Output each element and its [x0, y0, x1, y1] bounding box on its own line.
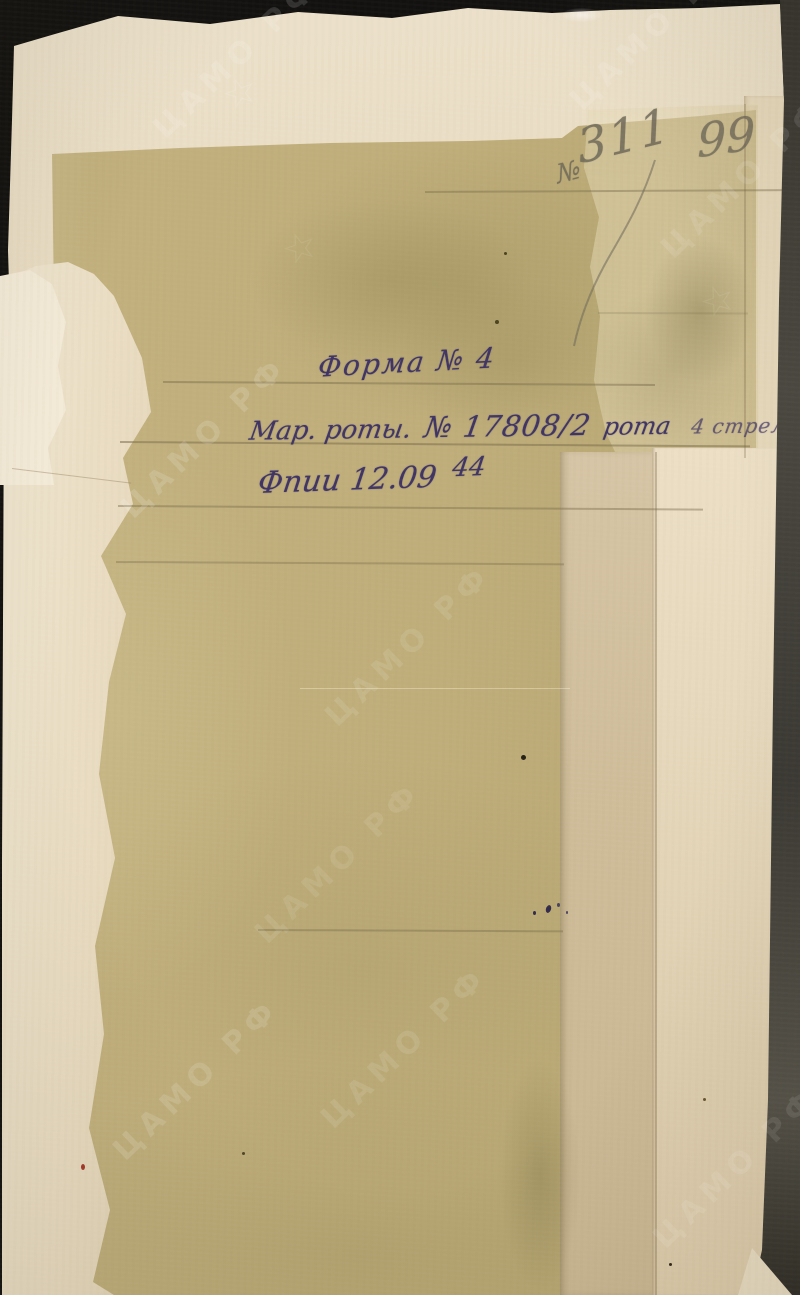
ink-speck	[566, 911, 568, 914]
document-scan: №311 99 Форма № 4 Мар. роты. № 17808/2 р…	[0, 0, 800, 1295]
numero-sign: №	[555, 155, 583, 191]
date-year-value: 44	[450, 452, 487, 483]
red-speck	[81, 1164, 85, 1170]
dirt-speck	[669, 1263, 672, 1266]
field-post-number: № 17808/2	[422, 408, 594, 444]
dirt-speck	[242, 1152, 245, 1155]
dirt-speck	[703, 1098, 706, 1101]
date-value: Фпии 12.09	[256, 460, 439, 501]
stain	[500, 1060, 580, 1290]
ink-speck	[557, 903, 560, 907]
ink-speck	[495, 320, 499, 324]
fold-crease	[655, 452, 657, 1295]
ink-speck	[533, 911, 536, 915]
ink-speck	[504, 252, 507, 255]
company-label: рота	[601, 412, 672, 441]
unit-label: Мар. роты.	[247, 414, 414, 446]
glare-spot	[562, 8, 602, 22]
ink-speck	[521, 755, 526, 760]
